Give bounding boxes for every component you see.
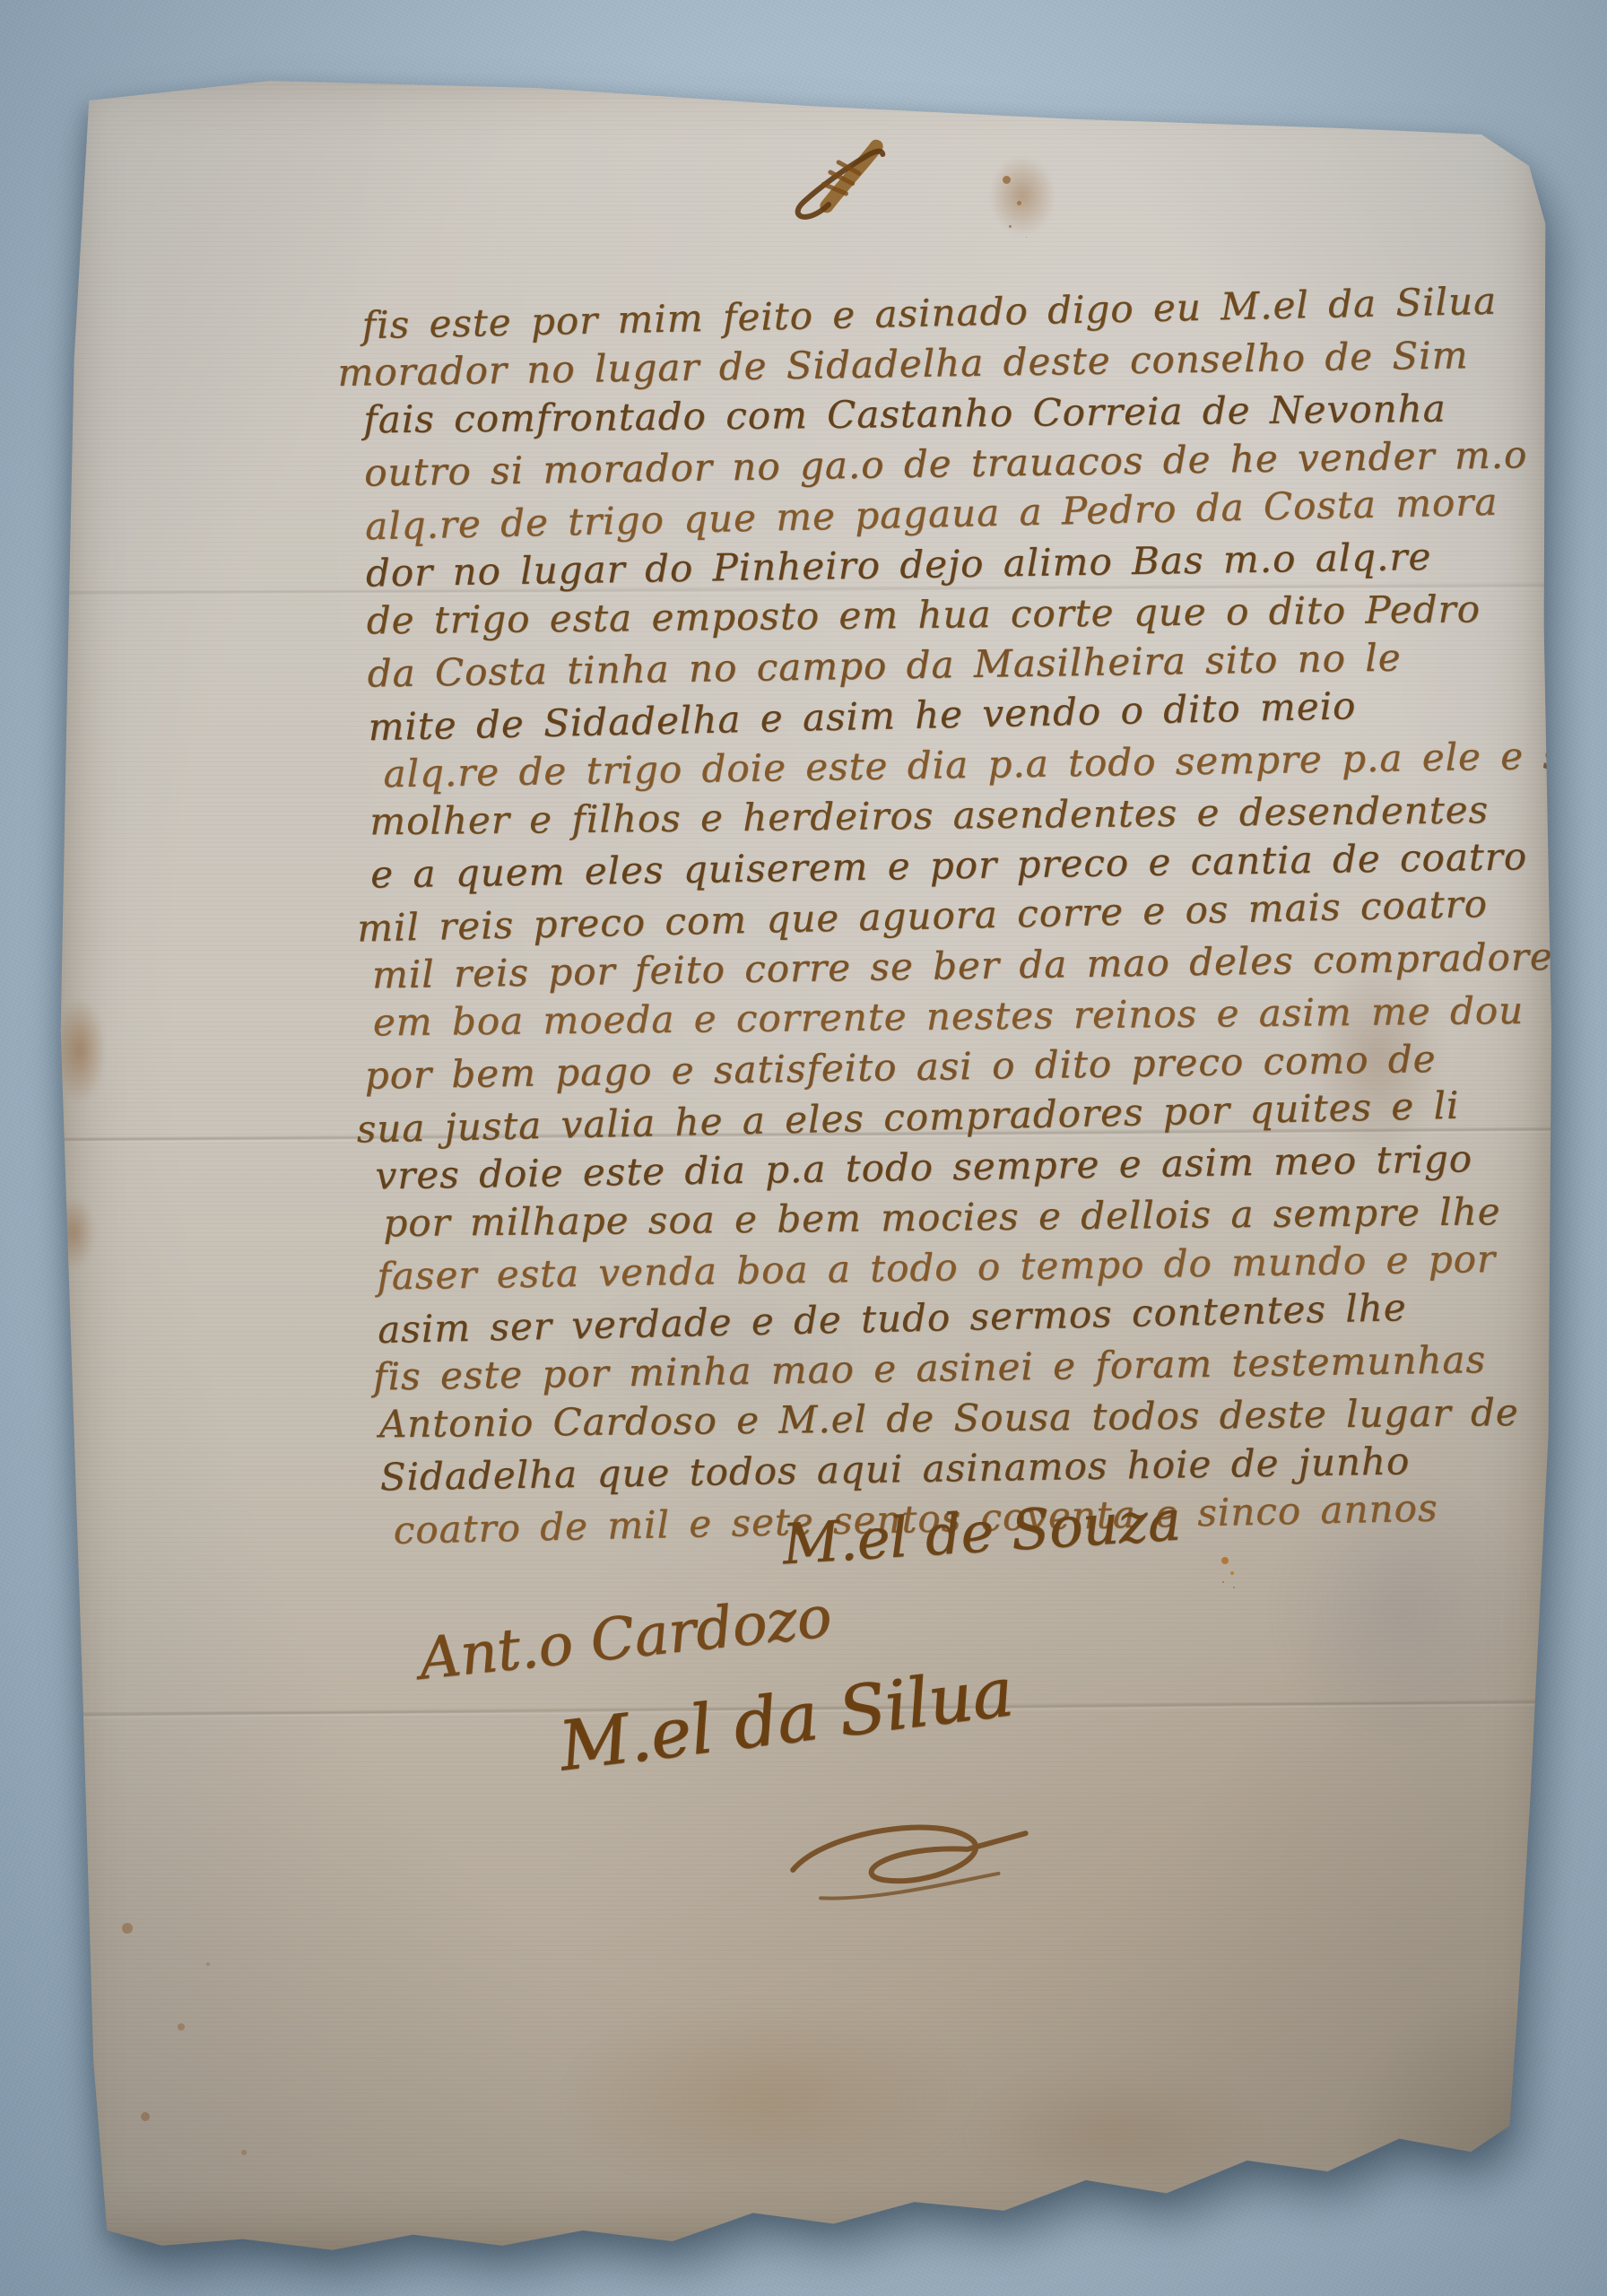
stain-bottom-center — [561, 2004, 974, 2192]
stain-top-ink-smudge — [988, 154, 1056, 237]
manuscript-text-block: fis este por mim feito e asinado digo eu… — [361, 281, 1466, 1553]
signature-antonio-cardozo: Ant.o Cardozo — [415, 1584, 834, 1693]
stain-orange-speck-near-signature — [1221, 1557, 1229, 1564]
stain-top-ink-dots — [1003, 176, 1011, 184]
foxing-spots — [122, 1923, 133, 1934]
stain-bottom-right — [965, 2066, 1261, 2201]
stain-left-edge — [54, 997, 106, 1103]
ink-rubric-flourish-icon — [778, 125, 916, 254]
shadow-corner-curl — [1342, 1986, 1575, 2201]
photo-of-manuscript: { "scene": { "background_color": "#a7bac… — [0, 0, 1607, 2296]
manuscript-paper: fis este por mim feito e asinado digo eu… — [59, 75, 1551, 2257]
manuscript-paper-wrap: fis este por mim feito e asinado digo eu… — [59, 75, 1551, 2257]
stain-left-edge-lower — [52, 1196, 95, 1268]
signature-flourish-icon — [761, 1793, 1048, 1934]
